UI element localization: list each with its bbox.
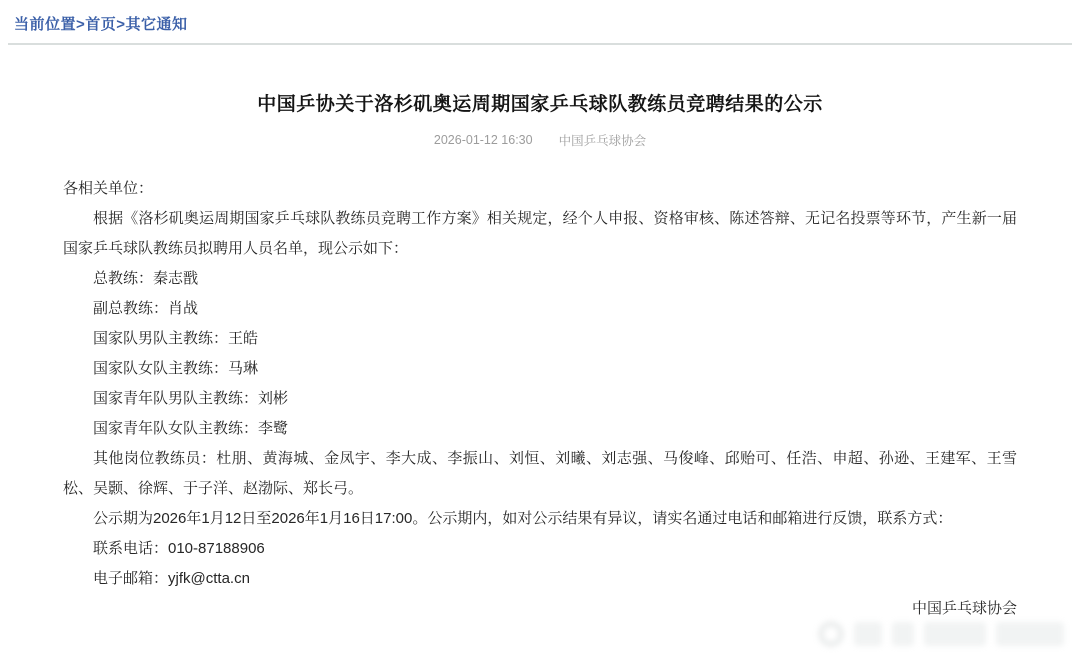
notice-page: 当前位置>首页>其它通知 中国乒协关于洛杉矶奥运周期国家乒乓球队教练员竞聘结果的… [0,0,1080,660]
contact-email-line: 电子邮箱：yjfk@ctta.cn [63,564,1017,594]
breadcrumb[interactable]: 当前位置>首页>其它通知 [14,13,188,34]
watermark-mark [924,622,986,646]
breadcrumb-bar: 当前位置>首页>其它通知 [0,0,1080,43]
deputy-head-coach-line: 副总教练：肖战 [63,294,1017,324]
intro-paragraph: 根据《洛杉矶奥运周期国家乒乓球队教练员竞聘工作方案》相关规定，经个人申报、资格审… [63,204,1017,264]
article-body: 各相关单位： 根据《洛杉矶奥运周期国家乒乓球队教练员竞聘工作方案》相关规定，经个… [63,174,1017,624]
watermark-mark [996,622,1064,646]
watermark-mark [892,622,914,646]
salutation-line: 各相关单位： [63,174,1017,204]
head-coach-line: 总教练：秦志戬 [63,264,1017,294]
watermark-ring [818,621,844,647]
womens-team-coach-line: 国家队女队主教练：马琳 [63,354,1017,384]
article-title: 中国乒协关于洛杉矶奥运周期国家乒乓球队教练员竞聘结果的公示 [63,91,1017,118]
junior-mens-coach-line: 国家青年队男队主教练：刘彬 [63,384,1017,414]
publish-time: 2026-01-12 16:30 [434,133,533,147]
other-coaches-paragraph: 其他岗位教练员：杜朋、黄海城、金凤宇、李大成、李振山、刘恒、刘曦、刘志强、马俊峰… [63,444,1017,504]
mens-team-coach-line: 国家队男队主教练：王皓 [63,324,1017,354]
publicity-period-paragraph: 公示期为2026年1月12日至2026年1月16日17:00。公示期内，如对公示… [63,504,1017,534]
article-source: 中国乒乓球协会 [559,131,647,149]
article-meta: 2026-01-12 16:30 中国乒乓球协会 [63,131,1017,149]
signature: 中国乒乓球协会 [63,594,1017,624]
watermark-mark [854,622,882,646]
header-divider [8,43,1072,45]
junior-womens-coach-line: 国家青年队女队主教练：李鹭 [63,414,1017,444]
article: 中国乒协关于洛杉矶奥运周期国家乒乓球队教练员竞聘结果的公示 2026-01-12… [0,91,1080,624]
contact-phone-line: 联系电话：010-87188906 [63,534,1017,564]
